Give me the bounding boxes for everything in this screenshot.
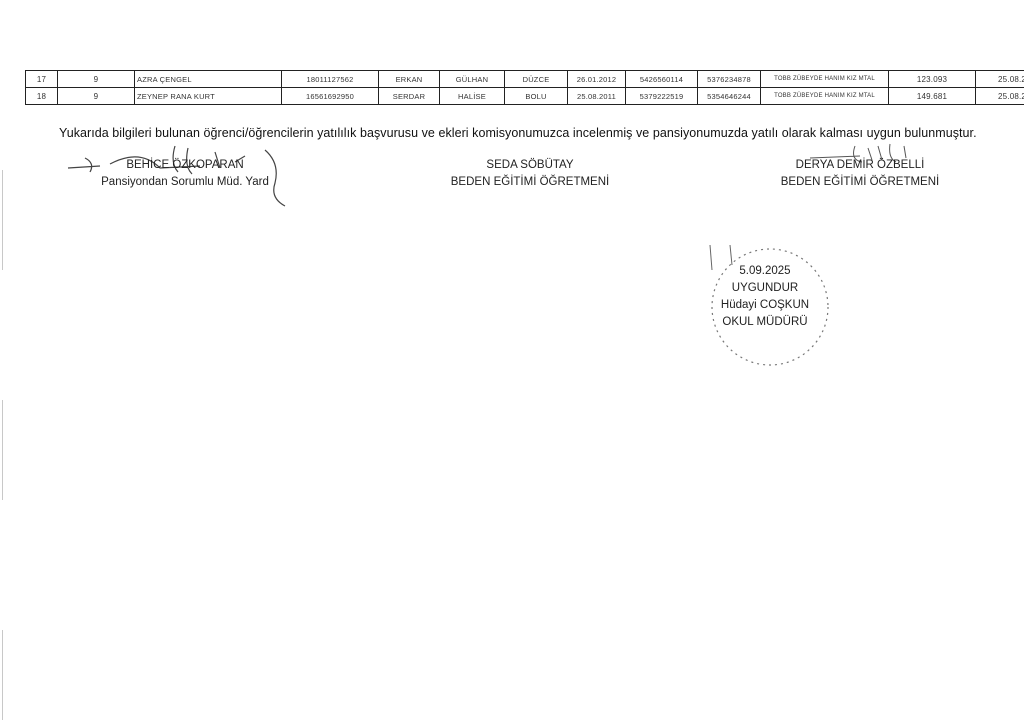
school-cell: TOBB ZÜBEYDE HANIM KIZ MTAL — [761, 71, 889, 88]
stamp-date: 5.09.2025 — [710, 263, 820, 280]
mother-name-cell: GÜLHAN — [440, 71, 505, 88]
student-table: 17 9 AZRA ÇENGEL 18011127562 ERKAN GÜLHA… — [25, 70, 1024, 105]
birth-date-cell: 25.08.2011 — [568, 88, 626, 105]
student-name-cell: AZRA ÇENGEL — [135, 71, 282, 88]
scan-edge-mark — [2, 630, 3, 720]
tc-id-cell: 16561692950 — [282, 88, 379, 105]
date-cell: 25.08.2025 — [976, 88, 1024, 105]
phone-2-cell: 5354646244 — [698, 88, 761, 105]
phone-1-cell: 5379222519 — [626, 88, 698, 105]
table-row: 17 9 AZRA ÇENGEL 18011127562 ERKAN GÜLHA… — [26, 71, 1024, 88]
approval-statement: Yukarıda bilgileri bulunan öğrenci/öğren… — [59, 126, 977, 140]
scan-edge-mark — [2, 400, 3, 500]
signature-block-teacher-1: SEDA SÖBÜTAY BEDEN EĞİTİMİ ÖĞRETMENİ — [430, 157, 630, 191]
signature-block-deputy: BEHİCE ÖZKOPARAN Pansiyondan Sorumlu Müd… — [90, 157, 280, 191]
father-name-cell: ERKAN — [379, 71, 440, 88]
grade-cell: 9 — [58, 88, 135, 105]
signer-name: DERYA DEMİR ÖZBELLİ — [770, 157, 950, 174]
signature-block-teacher-2: DERYA DEMİR ÖZBELLİ BEDEN EĞİTİMİ ÖĞRETM… — [770, 157, 950, 191]
approval-stamp: 5.09.2025 UYGUNDUR Hüdayi COŞKUN OKUL MÜ… — [700, 245, 830, 370]
phone-1-cell: 5426560114 — [626, 71, 698, 88]
birthplace-cell: BOLU — [505, 88, 568, 105]
grade-cell: 9 — [58, 71, 135, 88]
birth-date-cell: 26.01.2012 — [568, 71, 626, 88]
stamp-status: UYGUNDUR — [710, 280, 820, 297]
stamp-title: OKUL MÜDÜRÜ — [710, 314, 820, 331]
phone-2-cell: 5376234878 — [698, 71, 761, 88]
signer-name: BEHİCE ÖZKOPARAN — [90, 157, 280, 174]
father-name-cell: SERDAR — [379, 88, 440, 105]
birthplace-cell: DÜZCE — [505, 71, 568, 88]
score-cell: 149.681 — [889, 88, 976, 105]
school-cell: TOBB ZÜBEYDE HANIM KIZ MTAL — [761, 88, 889, 105]
score-cell: 123.093 — [889, 71, 976, 88]
date-cell: 25.08.2025 — [976, 71, 1024, 88]
tc-id-cell: 18011127562 — [282, 71, 379, 88]
mother-name-cell: HALİSE — [440, 88, 505, 105]
row-number: 18 — [26, 88, 58, 105]
row-number: 17 — [26, 71, 58, 88]
table-row: 18 9 ZEYNEP RANA KURT 16561692950 SERDAR… — [26, 88, 1024, 105]
signer-name: SEDA SÖBÜTAY — [430, 157, 630, 174]
stamp-name: Hüdayi COŞKUN — [710, 297, 820, 314]
scan-edge-mark — [2, 170, 3, 270]
signer-title: BEDEN EĞİTİMİ ÖĞRETMENİ — [430, 174, 630, 191]
signer-title: BEDEN EĞİTİMİ ÖĞRETMENİ — [770, 174, 950, 191]
student-name-cell: ZEYNEP RANA KURT — [135, 88, 282, 105]
signer-title: Pansiyondan Sorumlu Müd. Yard — [90, 174, 280, 191]
